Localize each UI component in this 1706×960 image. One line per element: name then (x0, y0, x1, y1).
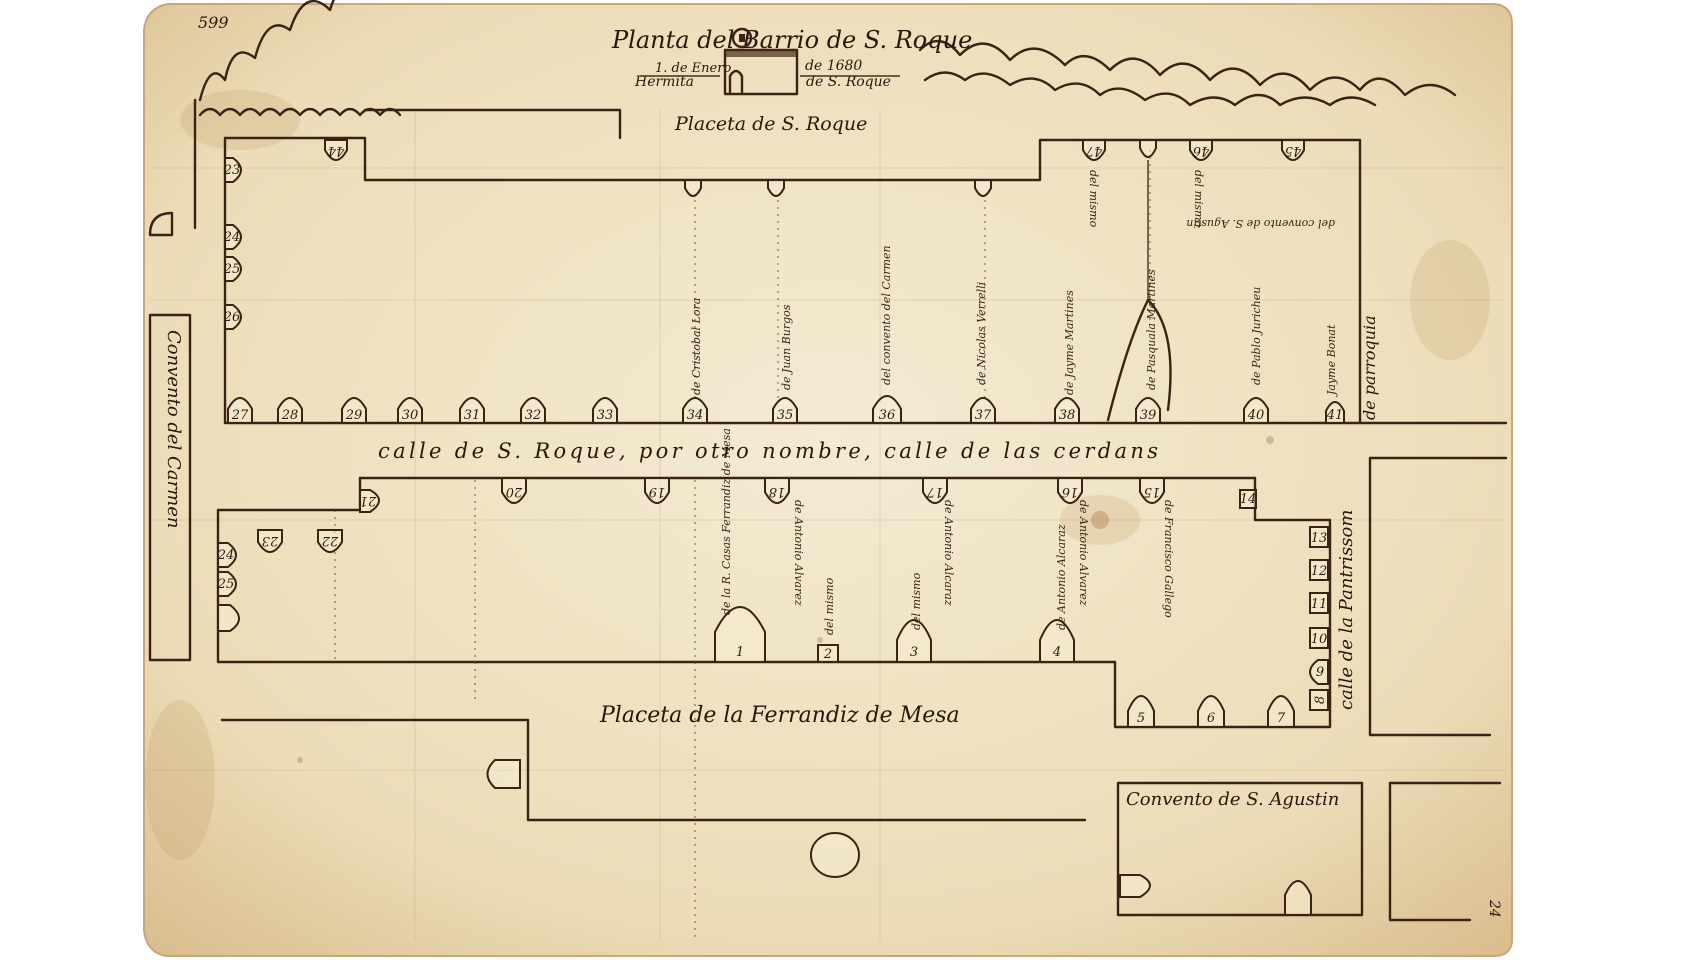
svg-text:33: 33 (597, 408, 614, 423)
svg-text:18: 18 (769, 484, 786, 499)
svg-text:12: 12 (1311, 564, 1328, 579)
lot-marker[interactable]: 10 (1310, 628, 1328, 648)
svg-text:35: 35 (777, 408, 794, 423)
svg-text:2: 2 (823, 647, 832, 662)
svg-text:34: 34 (687, 408, 704, 423)
convent-left-label: Convento del Carmen (163, 330, 184, 528)
svg-text:25: 25 (223, 262, 241, 277)
svg-text:13: 13 (1311, 531, 1328, 546)
svg-text:29: 29 (345, 408, 363, 423)
svg-text:Jayme Bonat: Jayme Bonat (1325, 324, 1338, 397)
lot-marker[interactable]: 9 (1310, 660, 1328, 684)
svg-text:37: 37 (975, 408, 992, 423)
svg-text:9: 9 (1316, 665, 1324, 680)
svg-text:22: 22 (322, 533, 340, 548)
lot-marker[interactable]: 21 (360, 490, 379, 512)
manuscript-map: 599 24 Planta del Barrio de S. Roque 1. … (0, 0, 1706, 960)
svg-text:14: 14 (1240, 492, 1257, 507)
svg-text:21: 21 (360, 493, 378, 508)
svg-text:27: 27 (231, 408, 249, 423)
svg-text:de Francisco Gallego: de Francisco Gallego (1162, 500, 1175, 618)
svg-text:5: 5 (1137, 711, 1145, 726)
svg-text:11: 11 (1311, 597, 1328, 612)
lot-marker[interactable]: 23 (223, 158, 241, 182)
svg-text:19: 19 (649, 484, 666, 499)
folio-number-bottom: 24 (1486, 899, 1502, 918)
svg-text:24: 24 (223, 230, 241, 245)
svg-text:31: 31 (464, 408, 481, 423)
lot-marker[interactable]: 2 (818, 645, 838, 662)
lot-marker[interactable]: 44 (325, 140, 347, 160)
svg-text:de Juan Burgos: de Juan Burgos (780, 304, 793, 390)
lot-marker[interactable]: 11 (1310, 593, 1328, 613)
svg-text:26: 26 (223, 310, 241, 325)
placeta-top-label: Placeta de S. Roque (674, 113, 867, 135)
convent-bottom-label: Convento de S. Agustin (1126, 789, 1339, 810)
svg-text:de Antonio Alcaraz: de Antonio Alcaraz (942, 500, 955, 606)
svg-text:de Nicolas Verrelli: de Nicolas Verrelli (975, 282, 988, 385)
svg-text:30: 30 (402, 408, 419, 423)
lot-marker[interactable]: 41 (1326, 402, 1344, 423)
svg-text:4: 4 (1052, 645, 1061, 660)
svg-text:16: 16 (1062, 484, 1079, 499)
svg-text:47: 47 (1085, 143, 1103, 158)
lot-marker[interactable]: 45 (1282, 140, 1304, 160)
lot-marker[interactable]: 25 (223, 257, 241, 281)
svg-text:23: 23 (262, 533, 280, 548)
svg-text:38: 38 (1059, 408, 1076, 423)
street-right-label: calle de la Pantrissom (1336, 510, 1357, 710)
svg-text:10: 10 (1311, 632, 1328, 647)
svg-text:de Pasquala Martines: de Pasquala Martines (1145, 269, 1158, 390)
svg-text:de Antonio Alvarez: de Antonio Alvarez (792, 500, 805, 606)
svg-text:del convento del Carmen: del convento del Carmen (880, 245, 893, 385)
svg-text:7: 7 (1277, 711, 1286, 726)
svg-text:del mismo: del mismo (823, 577, 836, 635)
lot-marker[interactable]: 26 (223, 305, 241, 329)
lot-marker[interactable]: 47 (1083, 140, 1105, 160)
svg-text:28: 28 (281, 408, 299, 423)
lot-marker[interactable]: 24 (223, 225, 241, 249)
lot-marker[interactable]: 14 (1240, 490, 1257, 508)
svg-text:6: 6 (1207, 711, 1215, 726)
svg-text:36: 36 (879, 408, 896, 423)
svg-text:17: 17 (926, 484, 943, 499)
lot-marker[interactable]: 46 (1190, 140, 1212, 160)
svg-text:20: 20 (506, 484, 524, 499)
svg-text:15: 15 (1144, 484, 1161, 499)
svg-text:41: 41 (1326, 408, 1344, 423)
svg-text:25: 25 (217, 577, 235, 592)
svg-text:del mismo: del mismo (1087, 170, 1100, 228)
lot-marker[interactable]: 24 (217, 543, 236, 567)
svg-text:40: 40 (1247, 408, 1265, 423)
folio-number-top: 599 (198, 13, 229, 32)
svg-text:de Antonio Alcaraz: de Antonio Alcaraz (1055, 524, 1068, 630)
svg-text:del convento de S. Agustin: del convento de S. Agustin (1186, 217, 1335, 230)
paper-sheet (144, 4, 1512, 956)
svg-text:de Cristobal Lora: de Cristobal Lora (690, 298, 703, 395)
svg-text:44: 44 (328, 143, 346, 158)
lot-marker[interactable]: 13 (1310, 527, 1328, 547)
svg-text:24: 24 (217, 548, 235, 563)
date-right: de 1680 (805, 58, 862, 74)
svg-text:3: 3 (910, 645, 918, 660)
svg-text:39: 39 (1140, 408, 1157, 423)
svg-text:de Pablo Juricheu: de Pablo Juricheu (1250, 287, 1263, 385)
street-right-label-2: de parroquia (1360, 315, 1379, 420)
lot-marker[interactable]: 8 (1310, 690, 1328, 710)
svg-text:32: 32 (525, 408, 542, 423)
svg-text:46: 46 (1193, 143, 1211, 158)
svg-text:del mismo: del mismo (910, 572, 923, 630)
lot-marker[interactable]: 25 (217, 572, 236, 596)
svg-text:45: 45 (1285, 143, 1303, 158)
svg-text:1: 1 (736, 645, 744, 660)
svg-text:de Antonio Alvarez: de Antonio Alvarez (1077, 500, 1090, 606)
svg-text:8: 8 (1313, 696, 1328, 704)
svg-text:de Jayme Martines: de Jayme Martines (1063, 290, 1076, 395)
placeta-bottom-label: Placeta de la Ferrandiz de Mesa (599, 703, 960, 728)
svg-text:23: 23 (223, 163, 241, 178)
lot-marker[interactable]: 12 (1310, 560, 1328, 580)
